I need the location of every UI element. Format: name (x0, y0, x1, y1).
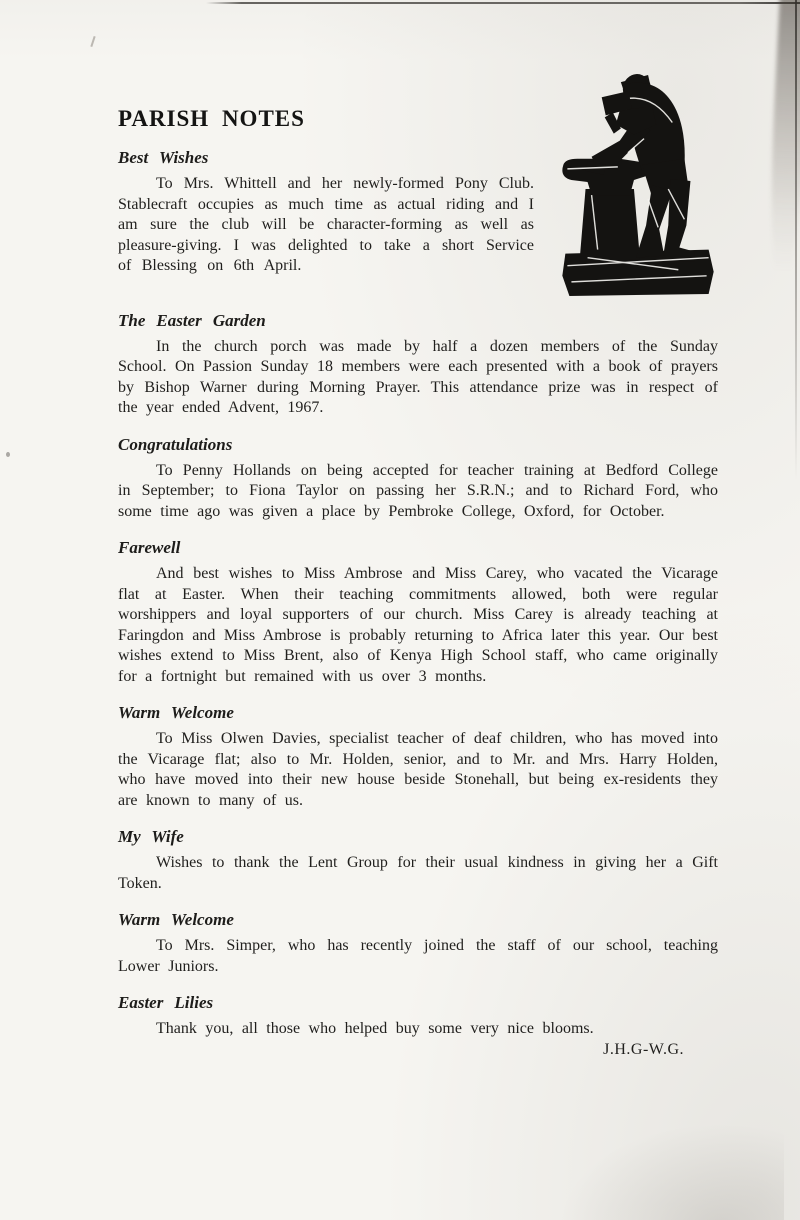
scan-artifact-ink-dot (6, 452, 10, 457)
section-paragraph-congratulations: To Penny Hollands on being accepted for … (118, 461, 718, 523)
section-paragraph-warm-welcome-2: To Mrs. Simper, who has recently joined … (118, 936, 718, 977)
section-heading-farewell: Farewell (118, 538, 718, 558)
section-paragraph-farewell: And best wishes to Miss Ambrose and Miss… (118, 564, 718, 687)
scan-artifact-top-line (206, 2, 800, 4)
section-paragraph-easter-garden: In the church porch was made by half a d… (118, 337, 718, 419)
section-heading-easter-lilies: Easter Lilies (118, 993, 718, 1013)
section-heading-best-wishes: Best Wishes (118, 148, 718, 168)
section-heading-my-wife: My Wife (118, 827, 718, 847)
scan-artifact-pen-mark (90, 36, 95, 47)
section-paragraph-best-wishes: To Mrs. Whittell and her newly-formed Po… (118, 174, 534, 277)
section-paragraph-my-wife: Wishes to thank the Lent Group for their… (118, 853, 718, 894)
section-heading-easter-garden: The Easter Garden (118, 311, 718, 331)
scan-artifact-right-edge-line (795, 0, 797, 480)
author-initials-signature: J.H.G-W.G. (118, 1041, 718, 1059)
section-heading-warm-welcome-1: Warm Welcome (118, 703, 718, 723)
page-title: PARISH NOTES (118, 106, 718, 132)
section-paragraph-easter-lilies: Thank you, all those who helped buy some… (118, 1019, 718, 1040)
section-heading-congratulations: Congratulations (118, 435, 718, 455)
scan-artifact-bottom-smudge (554, 1120, 784, 1220)
page-body: PARISH NOTES Best Wishes To Mrs. Whittel… (118, 106, 718, 1059)
section-heading-warm-welcome-2: Warm Welcome (118, 910, 718, 930)
section-paragraph-warm-welcome-1: To Miss Olwen Davies, specialist teacher… (118, 729, 718, 811)
